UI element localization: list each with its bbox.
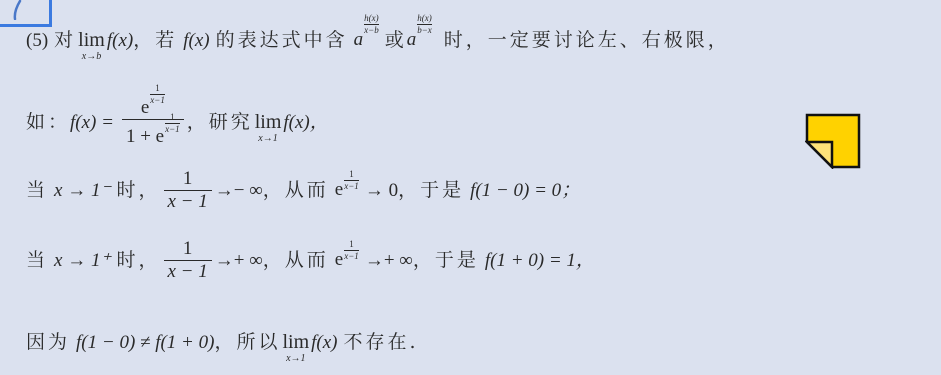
text: 时，: [116, 251, 160, 270]
text: 或: [385, 31, 407, 50]
numerator: 1: [349, 170, 354, 179]
power-expr-2: a h(x)b−x: [407, 30, 432, 51]
denominator: x−1: [344, 182, 359, 191]
lim-subscript: x→1: [286, 354, 305, 364]
text: ，于是: [413, 251, 479, 270]
function: f(x)，: [283, 113, 328, 132]
numerator: 1: [170, 113, 175, 122]
fraction: 1 x − 1: [164, 238, 212, 283]
numerator: 1: [349, 240, 354, 249]
item-number: (5): [26, 31, 48, 50]
result: f(1 − 0) = 0；: [470, 181, 580, 200]
text: ，所以: [214, 333, 280, 352]
line-2-example: 如： f(x) = e1x−1 1 + e1x−1 ，研究 limx→1 f(x…: [26, 82, 329, 162]
function-def: f(x) =: [70, 113, 114, 132]
power-expr-1: a h(x)x−b: [354, 30, 379, 51]
lim-subscript: x→1: [258, 134, 277, 144]
text: ，从而: [263, 181, 329, 200]
base: a: [407, 30, 417, 49]
exponent-fraction: h(x)x−b: [364, 14, 379, 35]
text: 时，一定要讨论左、右极限，: [444, 31, 730, 50]
lim-symbol: lim: [282, 332, 309, 352]
numerator: 1: [155, 84, 160, 93]
denominator: x − 1: [164, 191, 212, 213]
exp-expr: e1x−1: [335, 250, 359, 271]
tends-to: →− ∞: [215, 181, 263, 200]
numerator: e1x−1: [137, 97, 169, 119]
text: 当: [26, 181, 48, 200]
line-5-conclusion: 因为 f(1 − 0) ≠ f(1 + 0) ，所以 limx→1 f(x) 不…: [26, 322, 419, 362]
denominator: x−b: [364, 26, 379, 35]
denominator-text: 1 + e: [126, 126, 164, 148]
numerator: h(x): [364, 14, 379, 23]
text: 对: [54, 31, 76, 50]
function: f(x): [183, 31, 209, 50]
base: a: [354, 30, 364, 49]
result: f(1 + 0) = 1，: [485, 251, 595, 270]
function: f(x): [107, 31, 133, 50]
tends-to: → 0: [365, 181, 398, 200]
exponent-fraction: 1x−1: [150, 84, 165, 105]
lim-subscript: x→b: [82, 52, 101, 62]
lim-symbol: lim: [255, 112, 282, 132]
text: ，研究: [187, 113, 253, 132]
text: 时，: [116, 181, 160, 200]
condition: x → 1⁻: [54, 181, 110, 200]
lim-symbol: lim: [78, 30, 105, 50]
tends-to: →+ ∞: [215, 251, 263, 270]
exponent-fraction: 1x−1: [344, 170, 359, 191]
function: f(x): [311, 333, 337, 352]
numerator: 1: [179, 168, 197, 190]
e-base: e: [335, 250, 343, 269]
condition: x → 1⁺: [54, 251, 110, 270]
denominator: 1 + e1x−1: [122, 120, 184, 148]
e-base: e: [335, 180, 343, 199]
denominator: x−1: [165, 125, 180, 134]
e-base: e: [141, 97, 149, 119]
text: ，从而: [263, 251, 329, 270]
limit-expr: limx→1: [255, 112, 282, 132]
limit-expr: limx→b: [78, 30, 105, 50]
numerator: 1: [179, 238, 197, 260]
exponent-fraction: 1x−1: [165, 113, 180, 134]
fraction: e1x−1 1 + e1x−1: [122, 97, 184, 148]
line-4-right-limit: 当 x → 1⁺ 时， 1 x − 1 →+ ∞ ，从而 e1x−1 →+ ∞ …: [26, 230, 595, 290]
text: 因为: [26, 333, 70, 352]
line-3-left-limit: 当 x → 1⁻ 时， 1 x − 1 →− ∞ ，从而 e1x−1 → 0 ，…: [26, 160, 580, 220]
denominator: x−1: [344, 252, 359, 261]
inequality: f(1 − 0) ≠ f(1 + 0): [76, 333, 214, 352]
exponent-fraction: 1x−1: [344, 240, 359, 261]
text: ，若: [133, 31, 177, 50]
denominator: x−1: [150, 96, 165, 105]
text: 当: [26, 251, 48, 270]
exponent-fraction: h(x)b−x: [417, 14, 432, 35]
pen-stroke-icon: [12, 0, 22, 20]
denominator: b−x: [417, 26, 432, 35]
text: 不存在.: [344, 333, 419, 352]
numerator: h(x): [417, 14, 432, 23]
text: 如：: [26, 113, 70, 132]
text: ，于是: [398, 181, 464, 200]
sticky-note-icon[interactable]: [805, 113, 861, 169]
denominator: x − 1: [164, 261, 212, 283]
exp-expr: e1x−1: [335, 180, 359, 201]
tends-to: →+ ∞: [365, 251, 413, 270]
limit-expr: limx→1: [282, 332, 309, 352]
text: 的表达式中含: [216, 31, 348, 50]
line-1-rule: (5) 对 limx→b f(x) ，若 f(x) 的表达式中含 a h(x)x…: [26, 20, 730, 60]
fraction: 1 x − 1: [164, 168, 212, 213]
